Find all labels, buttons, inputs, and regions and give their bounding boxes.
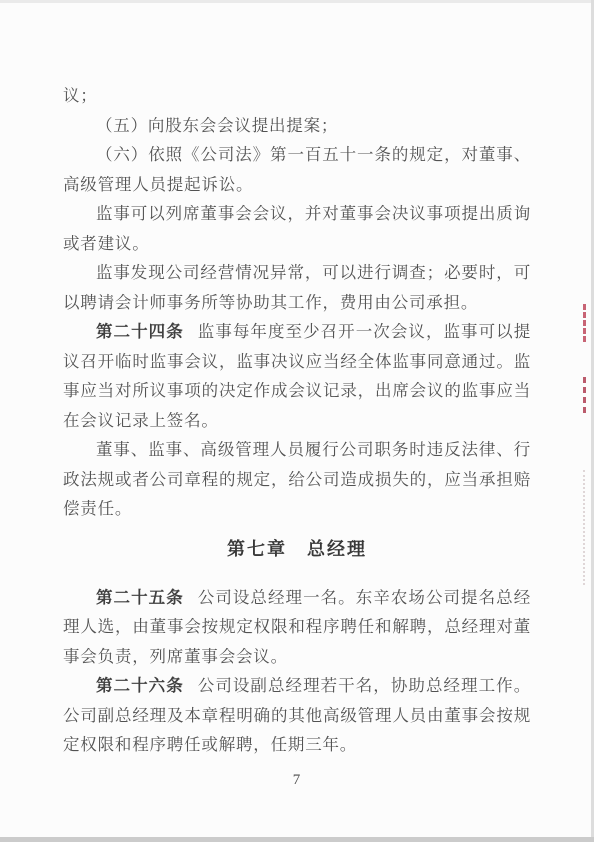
paragraph-article-24: 第二十四条监事每年度至少召开一次会议，监事可以提议召开临时监事会议，监事决议应当… [63, 317, 531, 435]
red-annotation-mark-1 [583, 304, 586, 342]
faint-edge-marks [583, 470, 585, 585]
document-body: 议； （五）向股东会会议提出提案； （六）依照《公司法》第一百五十一条的规定，对… [63, 81, 531, 760]
scan-edge-top [0, 0, 594, 3]
paragraph-supervisor-attend: 监事可以列席董事会会议，并对董事会决议事项提出质询或者建议。 [63, 199, 531, 258]
article-26-number: 第二十六条 [96, 676, 184, 695]
scanned-document-page: 议； （五）向股东会会议提出提案； （六）依照《公司法》第一百五十一条的规定，对… [0, 0, 594, 842]
paragraph-item-6: （六）依照《公司法》第一百五十一条的规定，对董事、高级管理人员提起诉讼。 [63, 140, 531, 199]
paragraph-article-26: 第二十六条公司设副总经理若干名，协助总经理工作。公司副总经理及本章程明确的其他高… [63, 671, 531, 760]
paragraph-item-5: （五）向股东会会议提出提案； [63, 111, 531, 141]
paragraph-continuation: 议； [63, 81, 531, 111]
scan-edge-bottom [0, 837, 594, 842]
paragraph-liability: 董事、监事、高级管理人员履行公司职务时违反法律、行政法规或者公司章程的规定，给公… [63, 435, 531, 524]
red-annotation-mark-2 [583, 377, 586, 413]
page-number: 7 [0, 772, 594, 789]
article-24-number: 第二十四条 [96, 322, 184, 341]
chapter-heading: 第七章 总经理 [63, 534, 531, 564]
article-25-number: 第二十五条 [96, 588, 184, 607]
paragraph-supervisor-investigate: 监事发现公司经营情况异常，可以进行调查；必要时，可以聘请会计师事务所等协助其工作… [63, 258, 531, 317]
paragraph-article-25: 第二十五条公司设总经理一名。东辛农场公司提名总经理人选，由董事会按规定权限和程序… [63, 583, 531, 672]
